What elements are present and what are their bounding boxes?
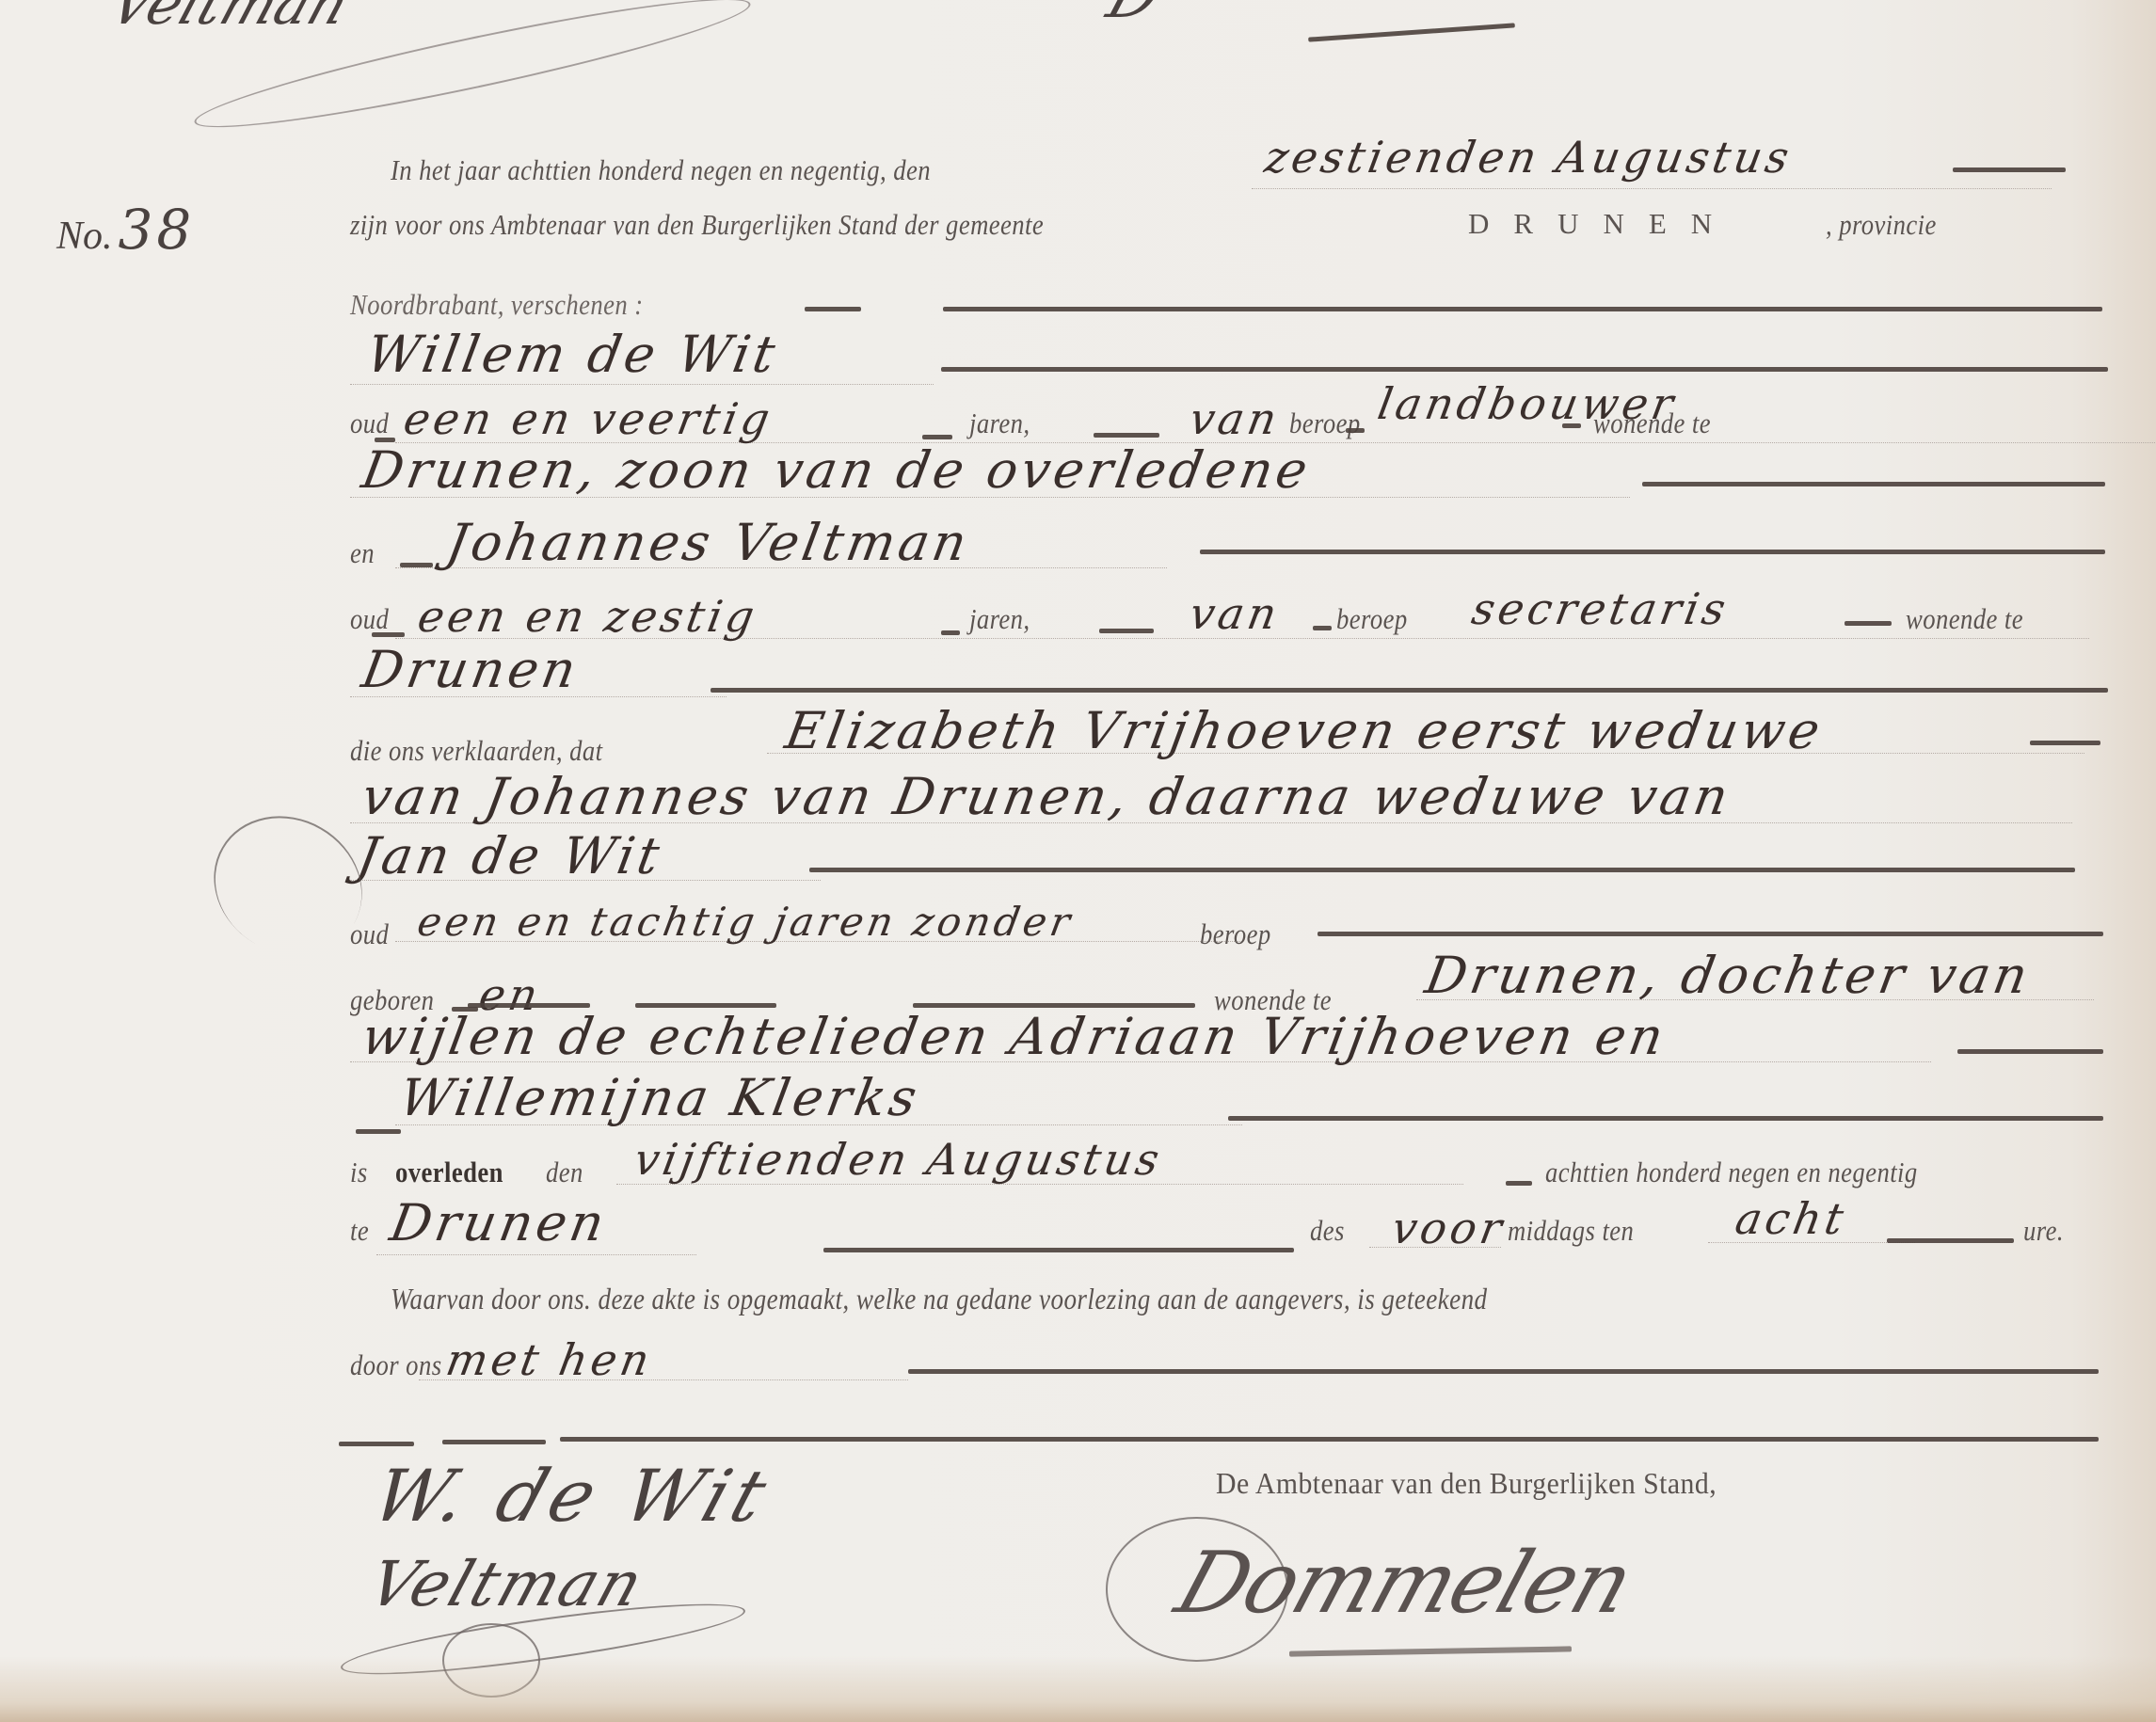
- line-12-fill: [809, 868, 2075, 872]
- declarant-2-occupation: secretaris: [1468, 583, 1733, 634]
- death-date: vijftienden Augustus: [631, 1134, 1167, 1185]
- line-17-year: achttien honderd negen en negentig: [1545, 1156, 1918, 1189]
- line-8-fill-a: [372, 632, 405, 637]
- line-15-fill: [1957, 1049, 2103, 1054]
- record-number-value: 38: [119, 198, 196, 262]
- line-17-den: den: [546, 1156, 583, 1189]
- line-1-printed: In het jaar achttien honderd negen en ne…: [391, 153, 931, 187]
- certificate-page: Veltman D No.38 In het jaar achttien hon…: [0, 0, 2156, 1722]
- jan-flourish: [188, 789, 387, 981]
- line-8-fill-b: [941, 630, 960, 635]
- declarant-1-van: van: [1186, 393, 1285, 444]
- line-17-overleden: overleden: [395, 1156, 503, 1189]
- line-5-fill-d: [1346, 428, 1365, 433]
- line-16-fill-b: [1228, 1116, 2103, 1121]
- line-2-provincie: , provincie: [1826, 208, 1937, 242]
- death-hour: acht: [1732, 1193, 1851, 1244]
- line-8-fill-e: [1845, 621, 1892, 626]
- closing-fill-c: [560, 1437, 2099, 1442]
- line-7-fill-b: [1200, 550, 2105, 554]
- deceased-widow-line: van Johannes van Drunen, daarna weduwe v…: [358, 767, 1736, 826]
- signed-with: met hen: [442, 1334, 657, 1385]
- line-3-fill-a: [805, 307, 861, 311]
- previous-record-signature-2: D: [1099, 0, 1170, 32]
- previous-record-line: [1308, 23, 1515, 41]
- record-number-label: No.: [56, 215, 113, 258]
- line-5-oud: oud: [350, 407, 389, 440]
- deceased-second-husband: Jan de Wit: [353, 826, 667, 885]
- line-20-fill: [908, 1369, 2099, 1374]
- deceased-name-line: Elizabeth Vrijhoeven eerst weduwe: [781, 701, 1828, 760]
- line-18-te: te: [350, 1214, 369, 1248]
- record-number: No.38: [56, 198, 195, 262]
- previous-record-signature: Veltman: [103, 0, 358, 38]
- line-8-fill-d: [1313, 626, 1332, 630]
- municipality-name: DRUNEN: [1468, 207, 1736, 241]
- official-signature: Dommelen: [1165, 1534, 1643, 1633]
- line-4-fill: [941, 367, 2108, 372]
- page-edge-stain: [0, 1656, 2156, 1722]
- declarant-2-van: van: [1186, 588, 1285, 639]
- line-7-en: en: [350, 536, 375, 570]
- declarant-1-relation: Drunen, zoon van de overledene: [358, 440, 1316, 500]
- line-3-fill-b: [943, 307, 2102, 311]
- line-4-rule: [350, 384, 934, 385]
- line-13-fill: [1318, 932, 2103, 936]
- declarant-1-name: Willem de Wit: [362, 325, 783, 384]
- line-8-oud: oud: [350, 602, 389, 636]
- declarant-2-name: Johannes Veltman: [442, 513, 975, 572]
- death-time-of-day: voor: [1388, 1203, 1509, 1253]
- line-18-ure: ure.: [2023, 1214, 2064, 1248]
- deceased-residence: Drunen, dochter van: [1421, 946, 2036, 1005]
- line-18-des: des: [1310, 1214, 1345, 1248]
- declarant-2-age: een en zestig: [414, 591, 761, 642]
- line-13-oud: oud: [350, 917, 389, 951]
- line-17-fill: [1506, 1181, 1532, 1186]
- line-20-printed: door ons: [350, 1348, 442, 1382]
- line-5-wonende: wonende te: [1593, 407, 1711, 440]
- closing-fill-b: [442, 1440, 546, 1444]
- line-1-rule: [1252, 188, 2052, 189]
- declarant-2-residence: Drunen: [358, 640, 584, 699]
- line-5-fill-b: [922, 435, 952, 439]
- declarant-1-age: een en veertig: [400, 393, 777, 444]
- line-9-fill: [711, 688, 2108, 693]
- official-signature-underline: [1289, 1646, 1572, 1656]
- line-18-middags: middags ten: [1508, 1214, 1634, 1248]
- line-17-is: is: [350, 1156, 368, 1189]
- line-5-jaren: jaren,: [969, 407, 1030, 440]
- deceased-parents-line: wijlen de echtelieden Adriaan Vrijhoeven…: [358, 1007, 1671, 1066]
- official-title: De Ambtenaar van den Burgerlijken Stand,: [1216, 1466, 1717, 1501]
- line-18-rule: [376, 1254, 696, 1255]
- line-19-printed: Waarvan door ons. deze akte is opgemaakt…: [391, 1283, 1488, 1316]
- line-5-fill-c: [1094, 433, 1159, 438]
- deceased-mother-name: Willemijna Klerks: [395, 1068, 925, 1127]
- line-13-beroep: beroep: [1200, 917, 1271, 951]
- line-5-fill-e: [1562, 423, 1581, 428]
- witness-1-signature: W. de Wit: [363, 1454, 782, 1538]
- line-16-fill-a: [356, 1129, 401, 1134]
- line-8-beroep: beroep: [1336, 602, 1408, 636]
- line-8-fill-c: [1099, 629, 1154, 633]
- line-8-wonende: wonende te: [1906, 602, 2023, 636]
- line-18-fill-b: [1887, 1238, 2014, 1243]
- line-1-fill: [1953, 167, 2066, 172]
- closing-fill-a: [339, 1442, 414, 1446]
- line-10-fill: [2030, 741, 2100, 745]
- death-place: Drunen: [386, 1193, 613, 1252]
- line-1-date: zestienden Augustus: [1261, 132, 1797, 183]
- line-18-fill-a: [823, 1248, 1294, 1252]
- line-10-printed: die ons verklaarden, dat: [350, 734, 602, 768]
- line-3-printed: Noordbrabant, verschenen :: [350, 288, 644, 322]
- line-5-beroep: beroep: [1289, 407, 1361, 440]
- deceased-age: een en tachtig jaren zonder: [414, 899, 1078, 945]
- line-2-printed: zijn voor ons Ambtenaar van den Burgerli…: [350, 208, 1044, 242]
- line-6-fill: [1642, 482, 2105, 486]
- line-8-jaren: jaren,: [969, 602, 1030, 636]
